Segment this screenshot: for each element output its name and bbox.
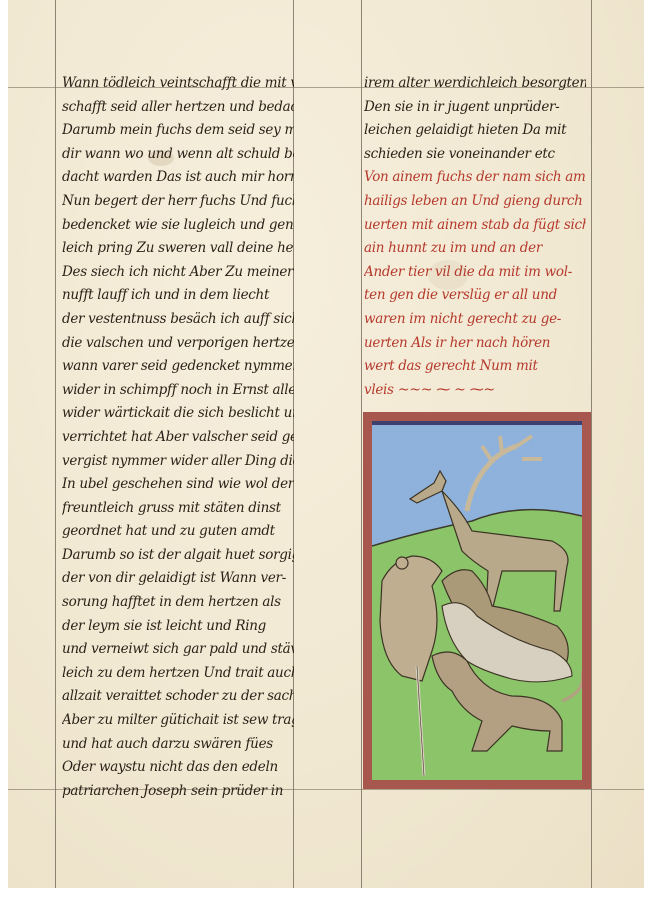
text-line: In ubel geschehen sind wie wol der <box>62 473 294 497</box>
text-line: der leym sie ist leicht und Ring <box>62 615 294 639</box>
text-line: dir wann wo und wenn alt schuld be- <box>62 143 294 167</box>
text-line: Aber zu milter gütichait ist sew trag <box>62 709 294 733</box>
rubric-line: ain hunnt zu im und an der <box>364 237 586 261</box>
text-line: wider wärtickait die sich beslicht und <box>62 402 294 426</box>
text-line: irem alter werdichleich besorgten <box>364 72 586 96</box>
text-line: der von dir gelaidigt ist Wann ver- <box>62 567 294 591</box>
text-line: sorung hafftet in dem hertzen als <box>62 591 294 615</box>
text-line: bedencket wie sie lugleich und gener- <box>62 214 294 238</box>
text-line: Darumb mein fuchs dem seid sey mit <box>62 119 294 143</box>
text-line: allzait veraittet schoder zu der sach <box>62 685 294 709</box>
text-line: vergist nymmer wider aller Ding die <box>62 450 294 474</box>
text-line: leich pring Zu sweren vall deine hertz <box>62 237 294 261</box>
rubric-line: ten gen die verslüg er all und <box>364 284 586 308</box>
left-text-column: Wann tödleich veintschafft die mit vol- … <box>62 72 294 803</box>
animals-scene <box>372 421 582 780</box>
rubric-line: vleis ~~~ ⁓ ~ ⁓~ <box>364 379 586 403</box>
text-line: schieden sie voneinander etc <box>364 143 586 167</box>
ruling-line-vertical <box>55 0 56 888</box>
text-line: leich zu dem hertzen Und trait auch <box>62 662 294 686</box>
ruling-line-vertical <box>591 0 592 888</box>
text-line: und verneiwt sich gar pald und stäv- <box>62 638 294 662</box>
text-line: schafft seid aller hertzen und bedackt i… <box>62 96 294 120</box>
text-line: Darumb so ist der algait huet sorgig <box>62 544 294 568</box>
text-line: und hat auch darzu swären fües <box>62 733 294 757</box>
rubric-word: vleis <box>364 382 394 398</box>
text-line: patriarchen Joseph sein prüder in <box>62 780 294 804</box>
line-filler-flourish: ~~~ ⁓ ~ ⁓~ <box>394 382 495 398</box>
text-line: Wann tödleich veintschafft die mit vol- <box>62 72 294 96</box>
rubric-line: wert das gerecht Num mit <box>364 355 586 379</box>
right-text-column: irem alter werdichleich besorgten Den si… <box>364 72 586 402</box>
rubric-line: uerten Als ir her nach hören <box>364 332 586 356</box>
text-line: nufft lauff ich und in dem liecht <box>62 284 294 308</box>
text-line: wann varer seid gedencket nymmer <box>62 355 294 379</box>
text-line: leichen gelaidigt hieten Da mit <box>364 119 586 143</box>
text-line: verrichtet hat Aber valscher seid ge- <box>62 426 294 450</box>
text-line: freuntleich gruss mit stäten dinst <box>62 497 294 521</box>
text-line: die valschen und verporigen hertzen <box>62 332 294 356</box>
text-line: Den sie in ir jugent unprüder- <box>364 96 586 120</box>
text-line: wider in schimpff noch in Ernst aller <box>62 379 294 403</box>
text-line: Des siech ich nicht Aber Zu meiner v- <box>62 261 294 285</box>
text-line: Oder waystu nicht das den edeln <box>62 756 294 780</box>
ruling-line-vertical <box>361 0 362 888</box>
rubric-line: Von ainem fuchs der nam sich am <box>364 166 586 190</box>
rubric-line: waren im nicht gerecht zu ge- <box>364 308 586 332</box>
rubric-line: hailigs leben an Und gieng durch <box>364 190 586 214</box>
miniature-illustration <box>363 412 591 789</box>
text-line: Nun begert der herr fuchs Und fuchs <box>62 190 294 214</box>
text-line: dacht warden Das ist auch mir horn <box>62 166 294 190</box>
rubric-line: Ander tier vil die da mit im wol- <box>364 261 586 285</box>
text-line: geordnet hat und zu guten amdt <box>62 520 294 544</box>
text-line: der vestentnuss besäch ich auff sich <box>62 308 294 332</box>
rubric-line: uerten mit ainem stab da fügt sich <box>364 214 586 238</box>
